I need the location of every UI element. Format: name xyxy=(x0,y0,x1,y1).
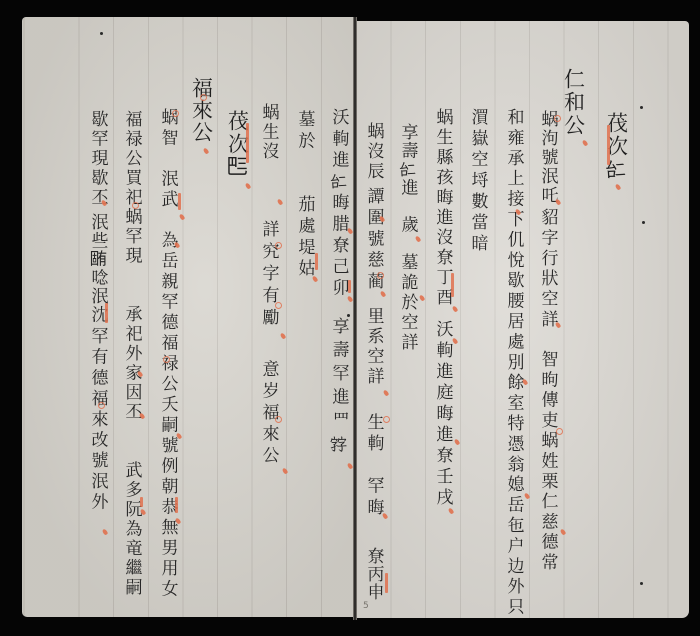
page-number: 5 xyxy=(363,601,369,611)
red-punctuation-bar xyxy=(105,303,108,323)
paper-speck xyxy=(640,106,643,109)
red-punctuation-dot xyxy=(419,294,426,301)
red-punctuation-dot xyxy=(560,528,567,535)
red-punctuation-dot xyxy=(380,290,387,297)
red-punctuation-dot xyxy=(452,305,459,312)
red-punctuation-dot xyxy=(277,198,284,205)
red-punctuation-dot xyxy=(280,332,287,339)
red-punctuation-circle xyxy=(132,202,139,209)
red-punctuation-dot xyxy=(555,321,562,328)
red-punctuation-circle xyxy=(275,416,282,423)
red-punctuation-circle xyxy=(275,302,282,309)
red-punctuation-dot xyxy=(174,241,181,248)
red-punctuation-dot xyxy=(245,182,252,189)
paper-speck xyxy=(642,221,645,224)
red-punctuation-dot xyxy=(383,389,390,396)
red-punctuation-bar xyxy=(175,497,178,513)
red-punctuation-dot xyxy=(524,492,531,499)
red-punctuation-circle xyxy=(98,402,105,409)
red-punctuation-dot xyxy=(101,199,108,206)
red-punctuation-dot xyxy=(312,275,319,282)
red-punctuation-bar xyxy=(315,253,318,270)
red-punctuation-bar xyxy=(140,497,143,507)
paper-speck xyxy=(100,32,103,35)
red-punctuation-dot xyxy=(282,467,289,474)
red-punctuation-dot xyxy=(448,507,455,514)
red-punctuation-dot xyxy=(139,412,146,419)
red-punctuation-dot xyxy=(140,508,147,515)
red-punctuation-bar xyxy=(451,273,454,297)
red-punctuation-dot xyxy=(176,432,183,439)
red-punctuation-circle xyxy=(163,356,170,363)
red-punctuation-dot xyxy=(379,215,386,222)
red-punctuation-bar xyxy=(385,573,388,593)
red-punctuation-dot xyxy=(582,139,589,146)
paper-speck xyxy=(347,314,350,317)
red-punctuation-dot xyxy=(347,227,354,234)
red-punctuation-circle xyxy=(200,94,207,101)
red-punctuation-dot xyxy=(522,378,529,385)
red-punctuation-circle xyxy=(275,242,282,249)
red-punctuation-dot xyxy=(382,512,389,519)
red-punctuation-dot xyxy=(515,208,522,215)
red-punctuation-bar xyxy=(178,193,181,210)
red-punctuation-circle xyxy=(383,416,390,423)
red-punctuation-dot xyxy=(454,438,461,445)
red-punctuation-dot xyxy=(175,517,182,524)
red-punctuation-circle xyxy=(554,115,561,122)
red-punctuation-dot xyxy=(615,183,622,190)
red-punctuation-dot xyxy=(137,370,144,377)
manuscript-scan: 茷次𠄩 仁和公 蜗泃號泯吒 貂字行狀空詳 智昫傳吏蜗姓栗仁慈德常 和雍承上接下仉… xyxy=(0,0,700,636)
red-punctuation-bar xyxy=(348,280,351,293)
red-punctuation-circle xyxy=(172,110,179,117)
red-punctuation-dot xyxy=(347,462,354,469)
red-punctuation-circle xyxy=(556,428,563,435)
red-punctuation-dot xyxy=(415,235,422,242)
red-punctuation-layer xyxy=(0,0,700,636)
paper-speck xyxy=(640,582,643,585)
red-punctuation-dot xyxy=(452,337,459,344)
red-punctuation-circle xyxy=(377,272,384,279)
red-punctuation-dot xyxy=(347,295,354,302)
red-punctuation-dot xyxy=(179,213,186,220)
red-punctuation-dot xyxy=(555,198,562,205)
red-punctuation-bar xyxy=(607,125,610,165)
red-punctuation-bar xyxy=(246,123,249,163)
red-punctuation-dot xyxy=(203,147,210,154)
red-punctuation-dot xyxy=(102,528,109,535)
